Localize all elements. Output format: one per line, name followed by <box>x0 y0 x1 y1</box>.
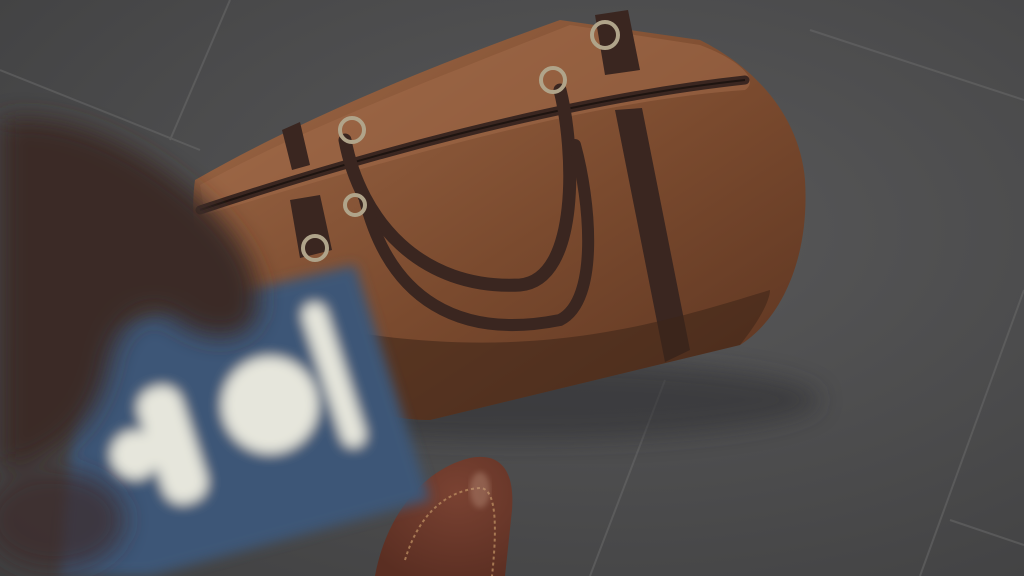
photo-illustration <box>0 0 1024 576</box>
photo-scene <box>0 0 1024 576</box>
